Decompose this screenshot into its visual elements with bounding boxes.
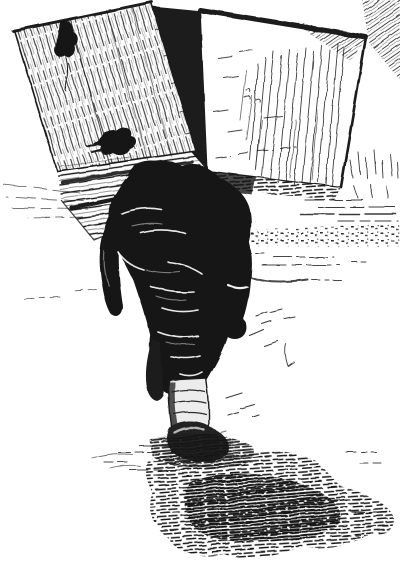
bank-streaks xyxy=(300,200,398,221)
fist xyxy=(223,316,247,339)
scrub-row xyxy=(228,224,400,247)
porter-figure xyxy=(99,161,251,462)
illustration-page xyxy=(0,0,400,570)
grass-tufts xyxy=(350,150,398,198)
speed-lines xyxy=(3,184,96,299)
porter-illustration xyxy=(0,0,400,570)
field-dashes xyxy=(242,253,366,282)
ground-shadow xyxy=(104,434,394,558)
corner-hatch xyxy=(362,0,400,80)
